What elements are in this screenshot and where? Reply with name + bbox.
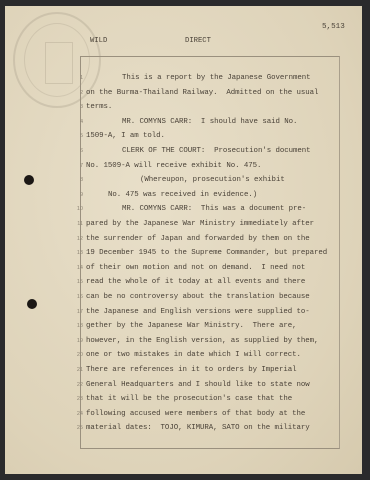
line-number: 18: [67, 323, 83, 329]
transcript-line: however, in the English version, as supp…: [86, 337, 318, 345]
line-number: 15: [67, 279, 83, 285]
transcript-line: No. 1509-A will receive exhibit No. 475.: [86, 162, 261, 170]
line-number: 9: [67, 192, 83, 198]
line-number: 19: [67, 338, 83, 344]
line-number: 4: [67, 119, 83, 125]
line-number: 12: [67, 236, 83, 242]
line-number: 24: [67, 411, 83, 417]
transcript-line: MR. COMYNS CARR: This was a document pre…: [122, 205, 306, 213]
transcript-line: the surrender of Japan and forwarded by …: [86, 235, 310, 243]
line-number: 8: [67, 177, 83, 183]
transcript-line: gether by the Japanese War Ministry. The…: [86, 322, 297, 330]
transcript-line: that it will be the prosecution's case t…: [86, 395, 292, 403]
transcript-line: read the whole of it today at all events…: [86, 278, 305, 286]
line-number: 6: [67, 148, 83, 154]
transcript-line: This is a report by the Japanese Governm…: [122, 74, 311, 82]
transcript-line: (Whereupon, prosecution's exhibit: [140, 176, 285, 184]
transcript-line: pared by the Japanese War Ministry immed…: [86, 220, 314, 228]
line-number: 17: [67, 309, 83, 315]
line-number: 25: [67, 425, 83, 431]
page-number: 5,513: [322, 23, 345, 31]
transcript-line: There are references in it to orders by …: [86, 366, 297, 374]
transcript-line: 19 December 1945 to the Supreme Commande…: [86, 249, 327, 257]
transcript-line: 1509-A, I am told.: [86, 132, 165, 140]
binder-hole: [24, 175, 34, 185]
transcript-line: following accused were members of that b…: [86, 410, 305, 418]
line-number: 23: [67, 396, 83, 402]
line-number: 14: [67, 265, 83, 271]
transcript-line: the Japanese and English versions were s…: [86, 308, 310, 316]
transcript-line: material dates: TOJO, KIMURA, SATO on th…: [86, 424, 310, 432]
transcript-line: on the Burma-Thailand Railway. Admitted …: [86, 89, 318, 97]
transcript-line: MR. COMYNS CARR: I should have said No.: [122, 118, 297, 126]
line-number: 16: [67, 294, 83, 300]
transcript-line: No. 475 was received in evidence.): [108, 191, 257, 199]
line-number: 1: [67, 75, 83, 81]
line-number: 2: [67, 90, 83, 96]
binder-hole: [27, 299, 37, 309]
line-number: 22: [67, 382, 83, 388]
witness-name: WILD: [90, 37, 107, 45]
transcript-line: of their own motion and not on demand. I…: [86, 264, 305, 272]
examination-type: DIRECT: [185, 37, 211, 45]
transcript-line: can be no controversy about the translat…: [86, 293, 310, 301]
document-page: 5,513 WILD DIRECT 1This is a report by t…: [5, 6, 362, 474]
line-number: 10: [67, 206, 83, 212]
line-number: 5: [67, 133, 83, 139]
line-number: 7: [67, 163, 83, 169]
line-number: 21: [67, 367, 83, 373]
transcript-line: General Headquarters and I should like t…: [86, 381, 310, 389]
transcript-line: terms.: [86, 103, 112, 111]
line-number: 20: [67, 352, 83, 358]
line-number: 13: [67, 250, 83, 256]
line-number: 3: [67, 104, 83, 110]
transcript-line: one or two mistakes in date which I will…: [86, 351, 301, 359]
line-number: 11: [67, 221, 83, 227]
transcript-line: CLERK OF THE COURT: Prosecution's docume…: [122, 147, 311, 155]
